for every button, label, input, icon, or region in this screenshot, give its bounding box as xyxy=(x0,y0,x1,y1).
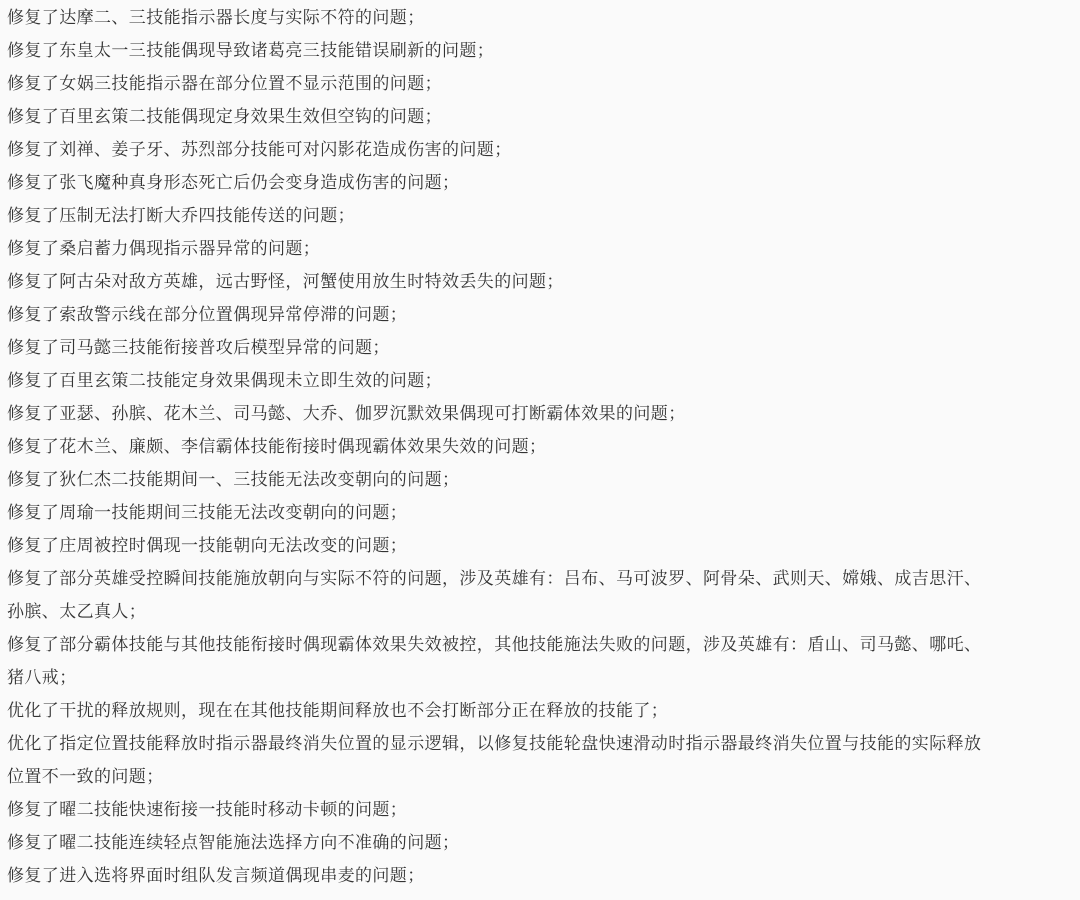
text-line: 修复了部分霸体技能与其他技能衔接时偶现霸体效果失效被控，其他技能施法失败的问题，… xyxy=(7,629,1070,662)
text-line: 修复了部分英雄受控瞬间技能施放朝向与实际不符的问题，涉及英雄有：吕布、马可波罗、… xyxy=(7,563,1070,596)
text-line-continuation: 孙膑、太乙真人； xyxy=(7,596,1070,629)
text-line: 优化了指定位置技能释放时指示器最终消失位置的显示逻辑，以修复技能轮盘快速滑动时指… xyxy=(7,728,1070,761)
text-line: 修复了张飞魔种真身形态死亡后仍会变身造成伤害的问题； xyxy=(7,167,1070,200)
text-line: 修复了百里玄策二技能定身效果偶现未立即生效的问题； xyxy=(7,365,1070,398)
text-line: 修复了曜二技能连续轻点智能施法选择方向不准确的问题； xyxy=(7,827,1070,860)
text-line: 优化了干扰的释放规则，现在在其他技能期间释放也不会打断部分正在释放的技能了； xyxy=(7,695,1070,728)
text-line: 修复了桑启蓄力偶现指示器异常的问题； xyxy=(7,233,1070,266)
text-line: 修复了庄周被控时偶现一技能朝向无法改变的问题； xyxy=(7,530,1070,563)
text-line: 修复了狄仁杰二技能期间一、三技能无法改变朝向的问题； xyxy=(7,464,1070,497)
text-line: 修复了亚瑟、孙膑、花木兰、司马懿、大乔、伽罗沉默效果偶现可打断霸体效果的问题； xyxy=(7,398,1070,431)
text-line: 修复了周瑜一技能期间三技能无法改变朝向的问题； xyxy=(7,497,1070,530)
text-line-continuation: 猪八戒； xyxy=(7,662,1070,695)
text-line: 修复了曜二技能快速衔接一技能时移动卡顿的问题； xyxy=(7,794,1070,827)
text-line: 修复了索敌警示线在部分位置偶现异常停滞的问题； xyxy=(7,299,1070,332)
text-line: 修复了司马懿三技能衔接普攻后模型异常的问题； xyxy=(7,332,1070,365)
text-line: 修复了压制无法打断大乔四技能传送的问题； xyxy=(7,200,1070,233)
text-line: 修复了花木兰、廉颇、李信霸体技能衔接时偶现霸体效果失效的问题； xyxy=(7,431,1070,464)
text-line: 修复了达摩二、三技能指示器长度与实际不符的问题； xyxy=(7,2,1070,35)
text-line: 修复了女娲三技能指示器在部分位置不显示范围的问题； xyxy=(7,68,1070,101)
patch-notes-document: 修复了达摩二、三技能指示器长度与实际不符的问题； 修复了东皇太一三技能偶现导致诸… xyxy=(0,0,1070,893)
text-line: 修复了刘禅、姜子牙、苏烈部分技能可对闪影花造成伤害的问题； xyxy=(7,134,1070,167)
text-line: 修复了进入选将界面时组队发言频道偶现串麦的问题； xyxy=(7,860,1070,893)
text-line: 修复了百里玄策二技能偶现定身效果生效但空钩的问题； xyxy=(7,101,1070,134)
text-line: 修复了东皇太一三技能偶现导致诸葛亮三技能错误刷新的问题； xyxy=(7,35,1070,68)
text-line-continuation: 位置不一致的问题； xyxy=(7,761,1070,794)
text-line: 修复了阿古朵对敌方英雄，远古野怪，河蟹使用放生时特效丢失的问题； xyxy=(7,266,1070,299)
